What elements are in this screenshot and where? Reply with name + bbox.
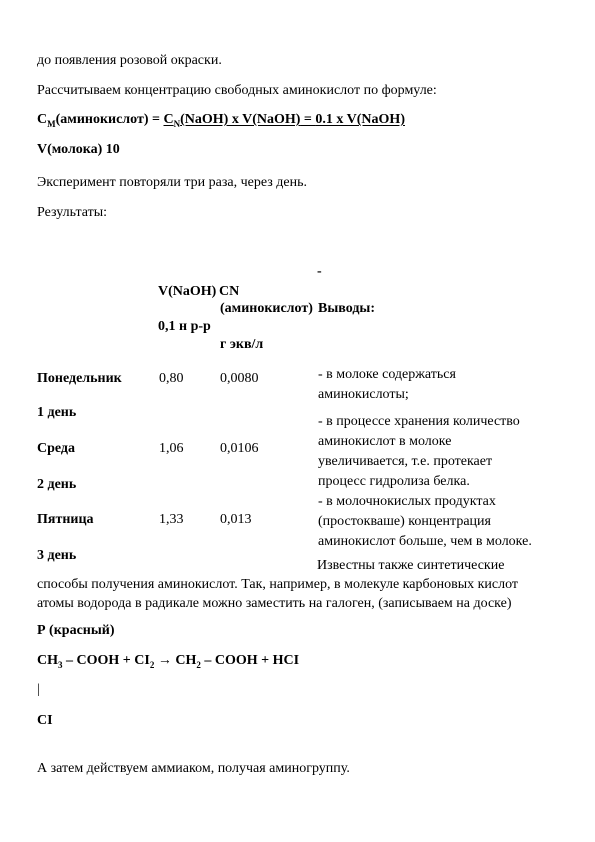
equation-part: → CH bbox=[154, 653, 196, 668]
table-header-v-naoh: V(NaOH) bbox=[158, 283, 216, 300]
formula-numerator1: С bbox=[164, 112, 174, 127]
table-header-cn-units: г экв/л bbox=[220, 336, 263, 353]
formula-lhs-subscript: М bbox=[47, 119, 56, 129]
document-page: до появления розовой окраски. Рассчитыва… bbox=[0, 0, 595, 842]
conclusion-item: - в молоке содержаться аминокислоты; bbox=[318, 365, 483, 405]
table-cell-cn: 0,0106 bbox=[220, 440, 259, 457]
table-row-day: Пятница bbox=[37, 511, 94, 528]
table-cell-v-naoh: 0,80 bbox=[159, 370, 184, 387]
equation-part: CH bbox=[37, 653, 58, 668]
formula-lhs: С bbox=[37, 112, 47, 127]
formula-denominator: V(молока) 10 bbox=[37, 141, 120, 158]
formula-lhs-rest: (аминокислот) = bbox=[56, 112, 164, 127]
formula-numerator2: 0.1 x V(NaOH) bbox=[315, 112, 405, 127]
paragraph-calc-method: Рассчитываем концентрацию свободных амин… bbox=[37, 82, 437, 99]
table-header-conclusions: Выводы: bbox=[318, 300, 375, 317]
table-row-day-number: 1 день bbox=[37, 404, 76, 421]
table-cell-cn: 0,0080 bbox=[220, 370, 259, 387]
table-cell-cn: 0,013 bbox=[220, 511, 252, 528]
table-row-day: Понедельник bbox=[37, 370, 122, 387]
table-cell-v-naoh: 1,06 bbox=[159, 440, 184, 457]
paragraph-synthesis: Известны также синтетические способы пол… bbox=[37, 556, 542, 613]
table-cell-v-naoh: 1,33 bbox=[159, 511, 184, 528]
table-header-cn-label: (аминокислот) bbox=[220, 300, 313, 317]
chlorine-label: CI bbox=[37, 712, 53, 729]
equation-part: – COOH + HCI bbox=[201, 653, 299, 668]
table-header-dash: - bbox=[317, 263, 322, 280]
paragraph-experiment: Эксперимент повторяли три раза, через де… bbox=[37, 174, 307, 191]
paragraph-intro: до появления розовой окраски. bbox=[37, 52, 222, 69]
table-header-cn: CN bbox=[219, 283, 239, 300]
red-phosphorus-label: Р (красный) bbox=[37, 622, 115, 639]
bond-line: | bbox=[37, 681, 40, 698]
formula-numerator1-rest: (NaOH) x V(NaOH) bbox=[180, 112, 300, 127]
conclusion-item: - в молочнокислых продуктах (простокваше… bbox=[318, 492, 538, 552]
table-header-v-naoh-units: 0,1 н р-р bbox=[158, 318, 211, 335]
equation-part: – COOH + CI bbox=[63, 653, 150, 668]
formula-equals: = bbox=[300, 112, 315, 127]
conclusion-item: - в процессе хранения количество аминоки… bbox=[318, 412, 534, 492]
table-row-day: Среда bbox=[37, 440, 75, 457]
formula-line: СМ(аминокислот) = СN(NaOH) x V(NaOH) = 0… bbox=[37, 111, 405, 128]
paragraph-results: Результаты: bbox=[37, 204, 107, 221]
chemical-equation: CH3 – COOH + CI2 → CH2 – COOH + HCI bbox=[37, 652, 299, 669]
table-row-day-number: 2 день bbox=[37, 476, 76, 493]
paragraph-ammonia: А затем действуем аммиаком, получая амин… bbox=[37, 760, 350, 777]
